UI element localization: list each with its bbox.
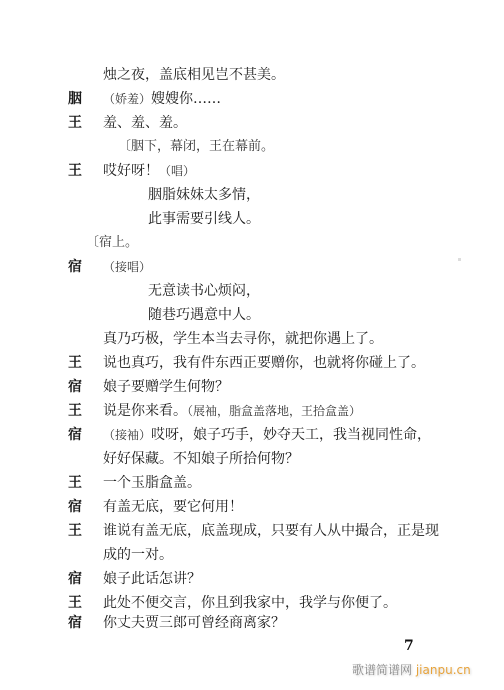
dialogue-text: 有盖无底，要它何用！	[103, 496, 243, 518]
speaker-label: 宿	[68, 424, 88, 446]
script-line: 随巷巧遇意中人。	[0, 304, 504, 326]
stage-direction: （接唱）	[103, 260, 151, 274]
lyric-text: 随巷巧遇意中人。	[148, 304, 260, 326]
script-line: 王 说是你来看。（展袖，脂盒盖落地，王拾盒盖）	[0, 400, 504, 422]
dialogue-text: 娘子此话怎讲？	[103, 568, 201, 590]
speaker-label: 宿	[68, 612, 88, 634]
stage-direction: 〔胭下，幕闭，王在幕前。	[118, 136, 274, 158]
dialogue-words: 嫂嫂你……	[151, 91, 221, 107]
watermark-site-name: 歌谱简谱网	[352, 663, 412, 677]
dialogue-text: 你丈夫贾三郎可曾经商离家？	[103, 612, 285, 634]
dialogue-text: 烛之夜，盖底相见岂不甚美。	[103, 64, 285, 86]
lyric-text: 此事需要引线人。	[148, 208, 260, 230]
speaker-label: 王	[68, 472, 88, 494]
stage-direction: （唱）	[159, 164, 195, 178]
script-line: 好好保藏。不知娘子所拾何物？	[0, 448, 504, 470]
speaker-label: 王	[68, 592, 88, 614]
dialogue-text: 好好保藏。不知娘子所拾何物？	[103, 448, 299, 470]
dialogue-text: 哎好呀！（唱）	[103, 160, 195, 182]
script-line: 宿 （接唱）	[0, 256, 504, 278]
speaker-label: 宿	[68, 496, 88, 518]
stage-direction: （接袖）	[103, 428, 151, 442]
speaker-label: 王	[68, 400, 88, 422]
dialogue-text: 羞、羞、羞。	[103, 112, 187, 134]
script-line: 王 一个玉脂盒盖。	[0, 472, 504, 494]
dialogue-text: （接袖）哎呀，娘子巧手，妙夺天工，我当视同性命，	[103, 424, 431, 446]
dialogue-text: 谁说有盖无底，底盖现成，只要有人从中撮合，正是现	[103, 520, 439, 542]
script-line: 烛之夜，盖底相见岂不甚美。	[0, 64, 504, 86]
script-line: 王 此处不便交言，你且到我家中，我学与你便了。	[0, 592, 504, 614]
dialogue-text: 说也真巧，我有件东西正要赠你，也就将你碰上了。	[103, 352, 425, 374]
stage-direction: 〔宿上。	[86, 232, 138, 254]
dialogue-text: （娇羞）嫂嫂你……	[103, 88, 221, 110]
dialogue-text: 一个玉脂盒盖。	[103, 472, 201, 494]
dialogue-text: （接唱）	[103, 256, 151, 278]
scan-speck	[458, 258, 461, 261]
lyric-text: 胭脂妹妹太多情，	[148, 184, 260, 206]
speaker-label: 胭	[68, 88, 88, 110]
script-line: 〔胭下，幕闭，王在幕前。	[0, 136, 504, 158]
lyric-text: 无意读书心烦闷，	[148, 280, 260, 302]
speaker-label: 王	[68, 520, 88, 542]
script-line: 无意读书心烦闷，	[0, 280, 504, 302]
script-line: 宿 有盖无底，要它何用！	[0, 496, 504, 518]
script-line: 宿 娘子此话怎讲？	[0, 568, 504, 590]
speaker-label: 王	[68, 352, 88, 374]
script-line: 真乃巧极，学生本当去寻你，就把你遇上了。	[0, 328, 504, 350]
script-line: 王 谁说有盖无底，底盖现成，只要有人从中撮合，正是现	[0, 520, 504, 542]
script-line: 宿 （接袖）哎呀，娘子巧手，妙夺天工，我当视同性命，	[0, 424, 504, 446]
page-number: 7	[404, 638, 414, 654]
speaker-label: 宿	[68, 376, 88, 398]
dialogue-text: 说是你来看。（展袖，脂盒盖落地，王拾盒盖）	[103, 400, 361, 422]
dialogue-text: 娘子要赠学生何物？	[103, 376, 229, 398]
speaker-label: 王	[68, 112, 88, 134]
speaker-label: 宿	[68, 568, 88, 590]
watermark: 歌谱简谱网 jianpu.cn	[352, 661, 471, 678]
script-page: 烛之夜，盖底相见岂不甚美。 胭 （娇羞）嫂嫂你…… 王 羞、羞、羞。 〔胭下，幕…	[0, 0, 504, 690]
watermark-domain: jianpu.cn	[416, 663, 471, 677]
script-line: 成的一对。	[0, 544, 504, 566]
script-line: 此事需要引线人。	[0, 208, 504, 230]
script-line: 王 哎好呀！（唱）	[0, 160, 504, 182]
script-line: 宿 娘子要赠学生何物？	[0, 376, 504, 398]
speaker-label: 宿	[68, 256, 88, 278]
stage-direction: （展袖，脂盒盖落地，王拾盒盖）	[187, 404, 361, 418]
script-line: 〔宿上。	[0, 232, 504, 254]
speaker-label: 王	[68, 160, 88, 182]
dialogue-words: 说是你来看。	[103, 403, 187, 419]
stage-direction: （娇羞）	[103, 92, 151, 106]
script-line: 王 说也真巧，我有件东西正要赠你，也就将你碰上了。	[0, 352, 504, 374]
dialogue-text: 此处不便交言，你且到我家中，我学与你便了。	[103, 592, 397, 614]
dialogue-text: 成的一对。	[103, 544, 173, 566]
script-line: 胭脂妹妹太多情，	[0, 184, 504, 206]
dialogue-words: 哎呀，娘子巧手，妙夺天工，我当视同性命，	[151, 427, 431, 443]
script-line: 王 羞、羞、羞。	[0, 112, 504, 134]
dialogue-text: 真乃巧极，学生本当去寻你，就把你遇上了。	[103, 328, 383, 350]
dialogue-words: 哎好呀！	[103, 163, 159, 179]
script-line: 宿 你丈夫贾三郎可曾经商离家？	[0, 612, 504, 634]
script-line: 胭 （娇羞）嫂嫂你……	[0, 88, 504, 110]
